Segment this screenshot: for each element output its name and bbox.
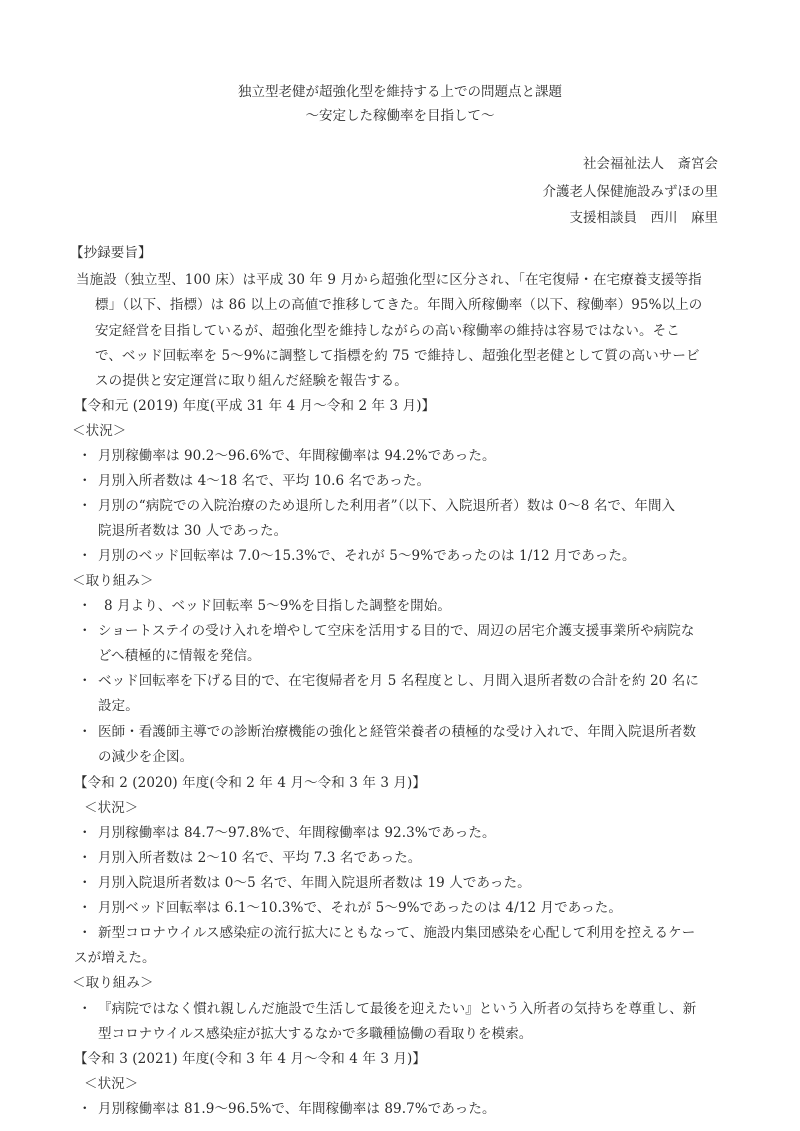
- author-person: 支援相談員 西川 麻里: [570, 206, 719, 226]
- list-item: ・ショートステイの受け入れを増やして空床を活用する目的で、周辺の居宅介護支援事業…: [78, 619, 695, 639]
- list-item-continuation: スが増えた。: [74, 946, 156, 966]
- section-heading-2021: 【令和 3 (2021) 年度(令和 3 年 4 月～令和 4 年 3 月)】: [74, 1047, 426, 1067]
- list-item: ・8 月より、ベッド回転率 5～9%を目指した調整を開始。: [78, 594, 451, 614]
- list-item: ・ベッド回転率を下げる目的で、在宅復帰者を月 5 名程度とし、月間入退所者数の合…: [78, 669, 699, 689]
- actions-label: ＜取り組み＞: [72, 971, 154, 991]
- list-item: ・月別稼働率は 84.7～97.8%で、年間稼働率は 92.3%であった。: [78, 821, 496, 841]
- list-item-continuation: 型コロナウイルス感染症が拡大するなかで多職種協働の看取りを模索。: [98, 1022, 532, 1042]
- bullet-icon: ・: [78, 720, 98, 740]
- bullet-icon: ・: [78, 669, 98, 689]
- list-item: ・医師・看護師主導での診断治療機能の強化と経管栄養者の積極的な受け入れで、年間入…: [78, 720, 696, 740]
- bullet-icon: ・: [78, 846, 98, 866]
- abstract-line: 標」（以下、指標）は 86 以上の高値で推移してきた。年間入所稼働率（以下、稼働…: [95, 293, 702, 313]
- status-label: ＜状況＞: [72, 419, 126, 439]
- list-item-continuation: 設定。: [98, 694, 139, 714]
- document-title: 独立型老健が超強化型を維持する上での問題点と課題: [0, 80, 800, 100]
- section-heading-2020: 【令和 2 (2020) 年度(令和 2 年 4 月～令和 3 年 3 月)】: [74, 771, 426, 791]
- abstract-heading: 【抄録要旨】: [70, 241, 152, 261]
- abstract-line: で、ベッド回転率を 5～9%に調整して指標を約 75 で維持し、超強化型老健とし…: [95, 344, 700, 364]
- list-item: ・月別入所者数は 4～18 名で、平均 10.6 名であった。: [78, 469, 430, 489]
- list-item: ・月別稼働率は 90.2～96.6%で、年間稼働率は 94.2%であった。: [78, 444, 496, 464]
- section-heading-2019: 【令和元 (2019) 年度(平成 31 年 4 月～令和 2 年 3 月)】: [74, 394, 435, 414]
- status-label: ＜状況＞: [84, 796, 138, 816]
- author-organization: 社会福祉法人 斎宮会: [583, 152, 718, 172]
- document-subtitle: ～安定した稼働率を目指して～: [0, 104, 800, 124]
- bullet-icon: ・: [78, 921, 98, 941]
- bullet-icon: ・: [78, 997, 98, 1017]
- bullet-icon: ・: [78, 494, 98, 514]
- bullet-icon: ・: [78, 619, 98, 639]
- author-facility: 介護老人保健施設みずほの里: [543, 180, 719, 200]
- abstract-line: 当施設（独立型、100 床）は平成 30 年 9 月から超強化型に区分され、「在…: [76, 268, 702, 288]
- list-item: ・月別稼働率は 81.9～96.5%で、年間稼働率は 89.7%であった。: [78, 1097, 496, 1117]
- bullet-icon: ・: [78, 544, 98, 564]
- list-item-continuation: 院退所者数は 30 人であった。: [98, 519, 287, 539]
- bullet-icon: ・: [78, 594, 98, 614]
- list-item-continuation: どへ積極的に情報を発信。: [98, 644, 261, 664]
- list-item: ・月別のベッド回転率は 7.0～15.3%で、それが 5～9%であったのは 1/…: [78, 544, 636, 564]
- status-label: ＜状況＞: [84, 1072, 138, 1092]
- bullet-icon: ・: [78, 469, 98, 489]
- bullet-icon: ・: [78, 871, 98, 891]
- bullet-icon: ・: [78, 1097, 98, 1117]
- actions-label: ＜取り組み＞: [72, 569, 154, 589]
- abstract-line: 安定経営を目指しているが、超強化型を維持しながらの高い稼働率の維持は容易ではない…: [95, 319, 680, 339]
- list-item: ・新型コロナウイルス感染症の流行拡大にともなって、施設内集団感染を心配して利用を…: [78, 921, 695, 941]
- bullet-icon: ・: [78, 444, 98, 464]
- abstract-line: スの提供と安定運営に取り組んだ経験を報告する。: [95, 369, 408, 389]
- list-item: ・月別入院退所者数は 0～5 名で、年間入院退所者数は 19 人であった。: [78, 871, 531, 891]
- list-item: ・月別入所者数は 2～10 名で、平均 7.3 名であった。: [78, 846, 421, 866]
- bullet-icon: ・: [78, 821, 98, 841]
- list-item: ・月別の“病院での入院治療のため退所した利用者”（以下、入院退所者）数は 0～8…: [78, 494, 675, 514]
- list-item: ・『病院ではなく慣れ親しんだ施設で生活して最後を迎えたい』という入所者の気持ちを…: [78, 997, 696, 1017]
- list-item-continuation: の減少を企図。: [98, 745, 193, 765]
- list-item: ・月別ベッド回転率は 6.1～10.3%で、それが 5～9%であったのは 4/1…: [78, 896, 622, 916]
- bullet-icon: ・: [78, 896, 98, 916]
